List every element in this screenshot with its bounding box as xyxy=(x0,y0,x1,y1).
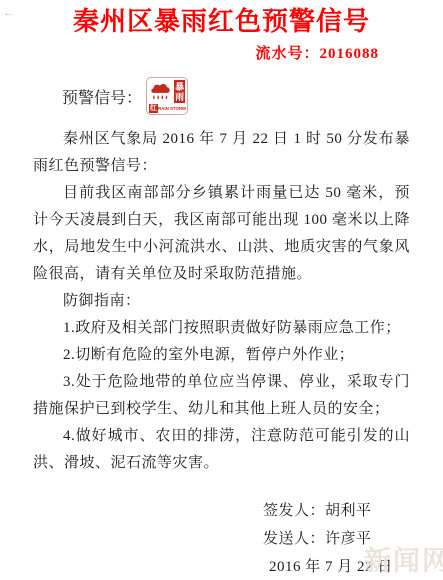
warning-notice-document: ⇠ 秦州区暴雨红色预警信号 流水号：2016088 预警信号： 暴 雨 xyxy=(0,0,443,580)
rain-cloud-icon xyxy=(149,80,173,103)
document-title: 秦州区暴雨红色预警信号 xyxy=(0,7,443,37)
rainstorm-icon-caption: RAIN STORM xyxy=(158,106,186,111)
serial-number-label: 流水号： xyxy=(255,46,319,62)
warning-signal-label: 预警信号： xyxy=(62,85,142,108)
sender-label: 发送人： xyxy=(263,531,325,547)
rainstorm-icon-char-bottom: 雨 xyxy=(175,92,184,102)
stray-cursor-mark: ⇠ xyxy=(5,12,13,19)
serial-number-line: 流水号：2016088 xyxy=(0,42,443,63)
rainstorm-red-warning-icon: 暴 雨 红 RAIN STORM xyxy=(146,77,188,115)
body-paragraph-guide-item-2: 2.切断有危险的室外电源，暂停户外作业； xyxy=(33,342,410,369)
rainstorm-icon-bottom: 红 RAIN STORM xyxy=(149,104,185,113)
rainstorm-icon-vertical-text: 暴 雨 xyxy=(174,80,185,103)
issuer-line: 签发人：胡利平 xyxy=(263,497,393,525)
rainstorm-icon-level-badge: 红 xyxy=(149,104,158,113)
rainstorm-icon-char-top: 暴 xyxy=(175,82,184,92)
serial-number-value: 2016088 xyxy=(320,46,380,62)
warning-signal-row: 预警信号： 暴 雨 红 RAIN STORM xyxy=(62,76,443,116)
body-paragraph-guide-heading: 防御指南： xyxy=(33,288,410,315)
rainstorm-icon-top: 暴 雨 xyxy=(149,80,185,103)
body-paragraph-situation: 目前我区南部部分乡镇累计雨量已达 50 毫米，预计今天凌晨到白天，我区南部可能出… xyxy=(33,180,410,288)
body-paragraph-issue-statement: 秦州区气象局 2016 年 7 月 22 日 1 时 50 分发布暴雨红色预警信… xyxy=(33,126,410,180)
site-watermark: 新闻网 xyxy=(364,539,443,578)
body-paragraph-guide-item-4: 4.做好城市、农田的排涝，注意防范可能引发的山洪、滑坡、泥石流等灾害。 xyxy=(33,423,410,477)
document-body: 秦州区气象局 2016 年 7 月 22 日 1 时 50 分发布暴雨红色预警信… xyxy=(33,126,410,477)
body-paragraph-guide-item-1: 1.政府及相关部门按照职责做好防暴雨应急工作； xyxy=(33,315,410,342)
issuer-label: 签发人： xyxy=(263,503,325,519)
issuer-name: 胡利平 xyxy=(325,503,372,519)
body-paragraph-guide-item-3: 3.处于危险地带的单位应当停课、停业，采取专门措施保护已到校学生、幼儿和其他上班… xyxy=(33,369,410,423)
